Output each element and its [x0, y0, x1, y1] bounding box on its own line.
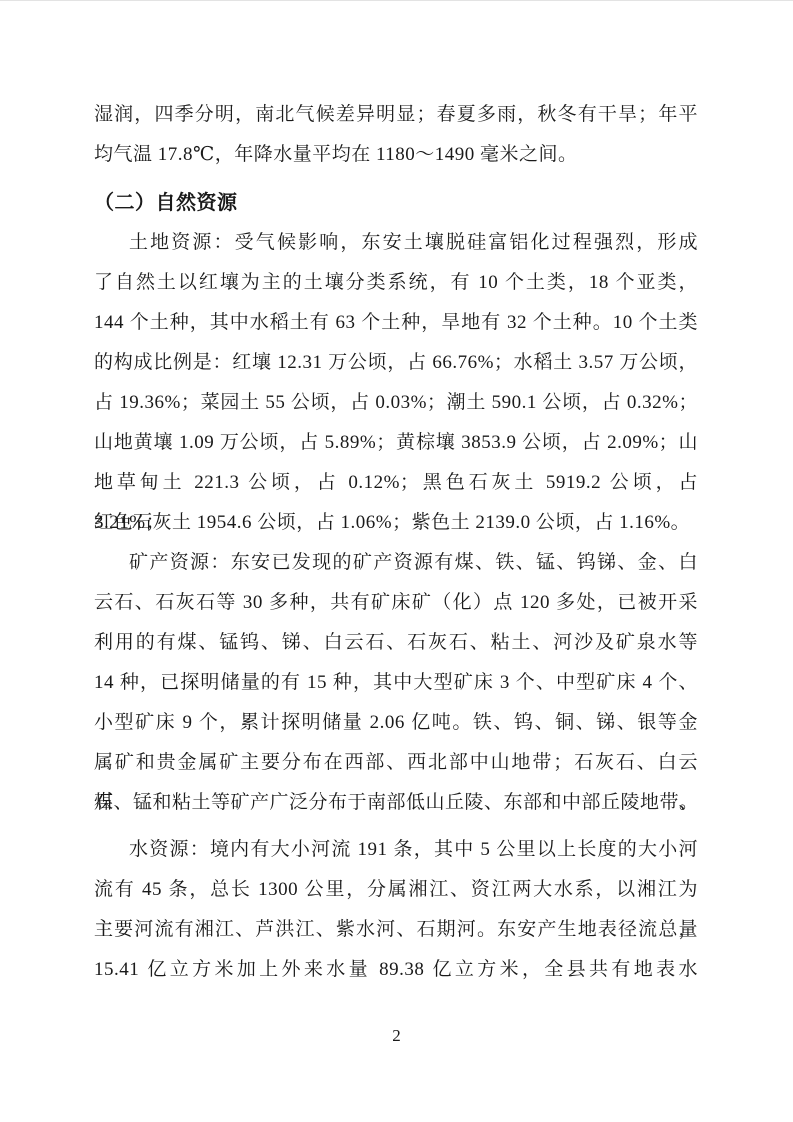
text-line: 占 19.36%；菜园土 55 公顷，占 0.03%；潮土 590.1 公顷，占…: [94, 383, 698, 423]
text-line: 了自然土以红壤为主的土壤分类系统，有 10 个土类，18 个亚类，: [94, 263, 698, 303]
paragraph-land-resources: 土地资源：受气候影响，东安土壤脱硅富铝化过程强烈，形成了自然土以红壤为主的土壤分…: [94, 223, 698, 543]
page-number: 2: [0, 1026, 793, 1046]
text-line: 红色石灰土 1954.6 公顷，占 1.06%；紫色土 2139.0 公顷，占 …: [94, 503, 698, 543]
paragraph-mineral-resources: 矿产资源：东安已发现的矿产资源有煤、铁、锰、钨锑、金、白云石、石灰石等 30 多…: [94, 543, 698, 823]
text-line: 山地黄壤 1.09 万公顷，占 5.89%；黄棕壤 3853.9 公顷，占 2.…: [94, 423, 698, 463]
text-line: （二）自然资源: [94, 183, 698, 223]
page-top-edge: [0, 0, 793, 1]
text-line: 煤、锰和粘土等矿产广泛分布于南部低山丘陵、东部和中部丘陵地带。: [94, 783, 698, 823]
text-line: 地草甸土 221.3 公顷，占 0.12%；黑色石灰土 5919.2 公顷，占 …: [94, 463, 698, 503]
text-line: 水资源：境内有大小河流 191 条，其中 5 公里以上长度的大小河: [94, 830, 698, 870]
text-line: 144 个土种，其中水稻土有 63 个土种，旱地有 32 个土种。10 个土类: [94, 303, 698, 343]
text-line: 土地资源：受气候影响，东安土壤脱硅富铝化过程强烈，形成: [94, 223, 698, 263]
paragraph-climate-continuation: 湿润，四季分明，南北气候差异明显；春夏多雨，秋冬有干旱；年平均气温 17.8℃，…: [94, 95, 698, 175]
text-line: 15.41 亿立方米加上外来水量 89.38 亿立方米，全县共有地表水: [94, 950, 698, 990]
text-line: 小型矿床 9 个，累计探明储量 2.06 亿吨。铁、钨、铜、锑、银等金: [94, 703, 698, 743]
text-line: 主要河流有湘江、芦洪江、紫水河、石期河。东安产生地表径流总量: [94, 910, 698, 950]
text-line: 湿润，四季分明，南北气候差异明显；春夏多雨，秋冬有干旱；年平: [94, 95, 698, 135]
text-line: 云石、石灰石等 30 多种，共有矿床矿（化）点 120 多处，已被开采: [94, 583, 698, 623]
text-line: 矿产资源：东安已发现的矿产资源有煤、铁、锰、钨锑、金、白: [94, 543, 698, 583]
text-line: 的构成比例是：红壤 12.31 万公顷，占 66.76%；水稻土 3.57 万公…: [94, 343, 698, 383]
paragraph-water-resources: 水资源：境内有大小河流 191 条，其中 5 公里以上长度的大小河流有 45 条…: [94, 830, 698, 990]
text-line: 均气温 17.8℃，年降水量平均在 1180～1490 毫米之间。: [94, 135, 698, 175]
text-line: 属矿和贵金属矿主要分布在西部、西北部中山地带；石灰石、白云石、: [94, 743, 698, 783]
section-heading-natural-resources: （二）自然资源: [94, 183, 698, 223]
document-page: 湿润，四季分明，南北气候差异明显；春夏多雨，秋冬有干旱；年平均气温 17.8℃，…: [0, 0, 793, 1122]
text-line: 利用的有煤、锰钨、锑、白云石、石灰石、粘土、河沙及矿泉水等: [94, 623, 698, 663]
text-block: 湿润，四季分明，南北气候差异明显；春夏多雨，秋冬有干旱；年平均气温 17.8℃，…: [94, 95, 698, 990]
text-line: 14 种，已探明储量的有 15 种，其中大型矿床 3 个、中型矿床 4 个、: [94, 663, 698, 703]
text-line: 流有 45 条，总长 1300 公里，分属湘江、资江两大水系，以湘江为主，: [94, 870, 698, 910]
